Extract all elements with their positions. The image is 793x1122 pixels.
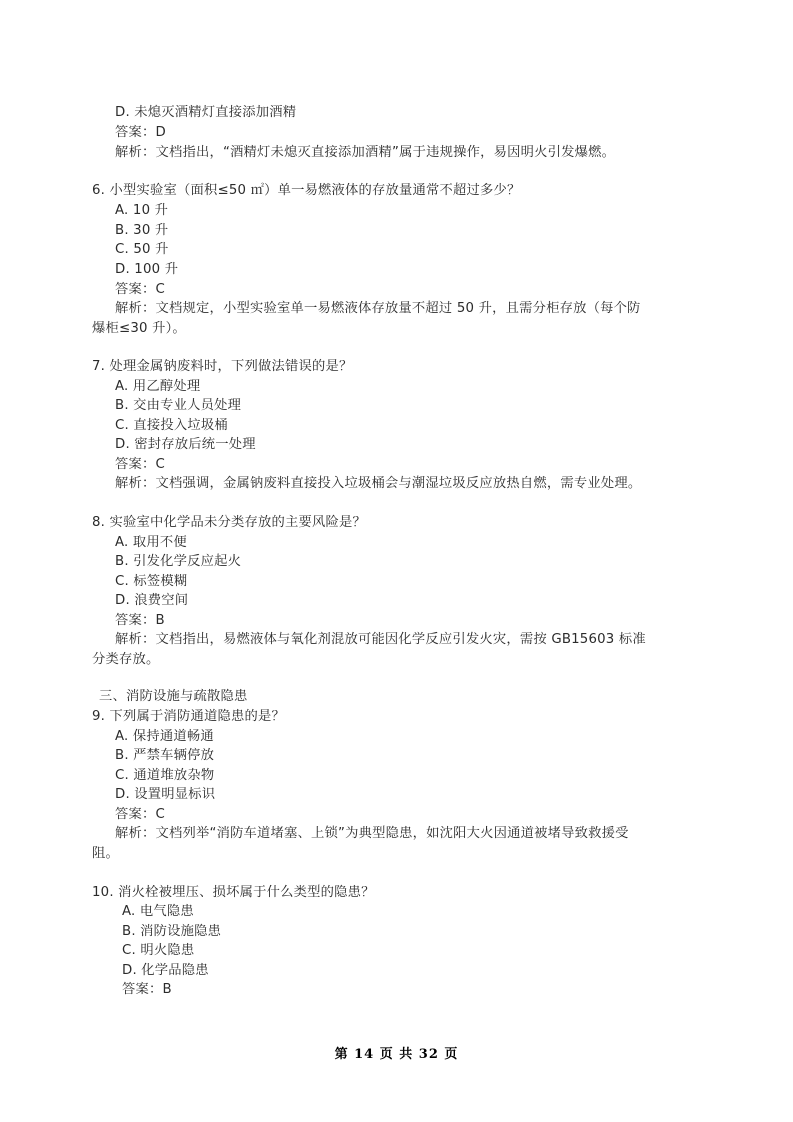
q8-option-b: B. 引发化学反应起火 — [115, 552, 241, 572]
q7-answer: 答案：C — [115, 455, 165, 475]
q9-answer: 答案：C — [115, 805, 165, 825]
q5-explanation: 解析：文档指出，“酒精灯未熄灭直接添加酒精”属于违规操作，易因明火引发爆燃。 — [115, 143, 615, 163]
q10-option-a: A. 电气隐患 — [122, 902, 194, 922]
q8-option-d: D. 浪费空间 — [115, 591, 188, 611]
q9-explanation-cont: 阻。 — [92, 844, 119, 864]
q8-option-a: A. 取用不便 — [115, 533, 187, 553]
q10-option-d: D. 化学品隐患 — [122, 961, 209, 981]
q6-option-a: A. 10 升 — [115, 201, 168, 221]
q9-explanation: 解析：文档列举“消防车道堵塞、上锁”为典型隐患，如沈阳大火因通道被堵导致救援受 — [115, 824, 629, 844]
q6-answer: 答案：C — [115, 280, 165, 300]
page-number-footer: 第 14 页 共 32 页 — [0, 1043, 793, 1062]
section-heading: 三、消防设施与疏散隐患 — [99, 687, 247, 707]
q7-explanation: 解析：文档强调，金属钠废料直接投入垃圾桶会与潮湿垃圾反应放热自燃，需专业处理。 — [115, 474, 641, 494]
q9-option-a: A. 保持通道畅通 — [115, 727, 214, 747]
q6-option-d: D. 100 升 — [115, 260, 178, 280]
q6-option-c: C. 50 升 — [115, 240, 169, 260]
q5-answer: 答案：D — [115, 123, 166, 143]
q6-question: 6. 小型实验室（面积≤50 ㎡）单一易燃液体的存放量通常不超过多少？ — [92, 181, 521, 201]
q9-option-c: C. 通道堆放杂物 — [115, 766, 214, 786]
q10-option-b: B. 消防设施隐患 — [122, 922, 221, 942]
q8-question: 8. 实验室中化学品未分类存放的主要风险是？ — [92, 513, 366, 533]
q10-option-c: C. 明火隐患 — [122, 941, 194, 961]
q7-option-d: D. 密封存放后统一处理 — [115, 435, 256, 455]
q6-explanation: 解析：文档规定，小型实验室单一易燃液体存放量不超过 50 升，且需分柜存放（每个… — [115, 299, 641, 319]
q6-option-b: B. 30 升 — [115, 221, 168, 241]
q7-option-a: A. 用乙醇处理 — [115, 377, 200, 397]
q9-option-b: B. 严禁车辆停放 — [115, 746, 214, 766]
q6-explanation-cont: 爆柜≤30 升）。 — [92, 319, 186, 339]
q7-question: 7. 处理金属钠废料时，下列做法错误的是？ — [92, 357, 352, 377]
q8-answer: 答案：B — [115, 611, 165, 631]
q8-explanation-cont: 分类存放。 — [92, 650, 159, 670]
q10-question: 10. 消火栓被埋压、损坏属于什么类型的隐患？ — [92, 883, 375, 903]
q5-option-d: D. 未熄灭酒精灯直接添加酒精 — [115, 103, 296, 123]
q7-option-b: B. 交由专业人员处理 — [115, 396, 241, 416]
q8-option-c: C. 标签模糊 — [115, 572, 187, 592]
q8-explanation: 解析：文档指出，易燃液体与氧化剂混放可能因化学反应引发火灾，需按 GB15603… — [115, 630, 646, 650]
q10-answer: 答案：B — [122, 980, 172, 1000]
q9-option-d: D. 设置明显标识 — [115, 785, 215, 805]
q9-question: 9. 下列属于消防通道隐患的是？ — [92, 707, 285, 727]
q7-option-c: C. 直接投入垃圾桶 — [115, 416, 228, 436]
